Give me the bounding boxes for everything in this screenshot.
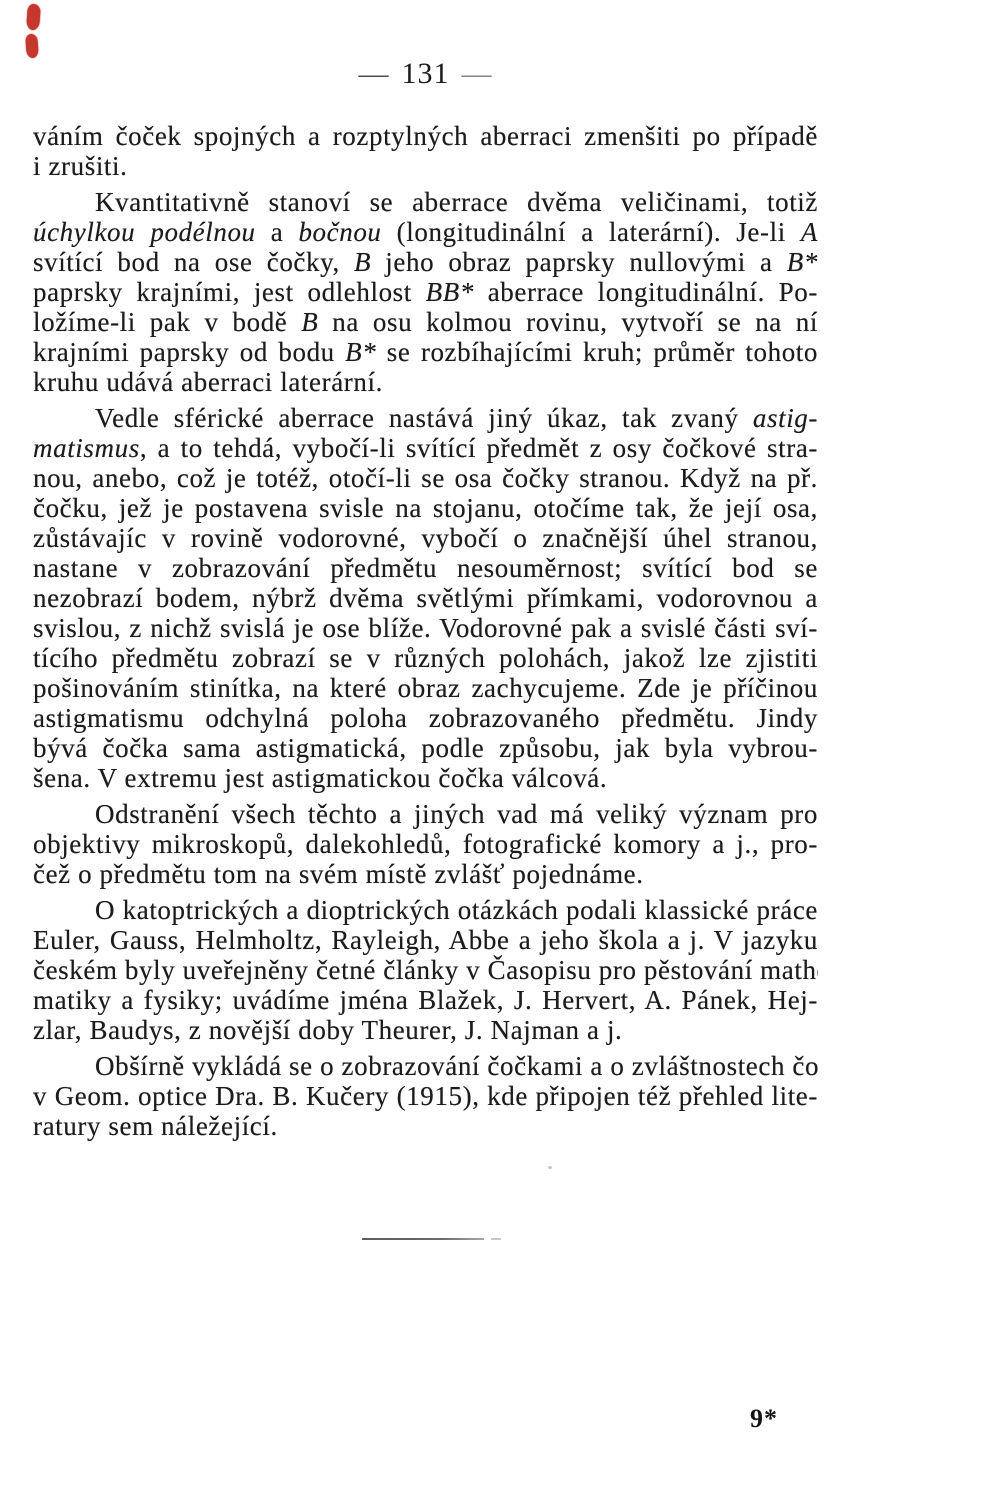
text-line: svislou, z nichž svislá je ose blíže. Vo… — [33, 613, 818, 643]
text-segment: objektivy mikroskopů, dalekohledů, fotog… — [33, 829, 818, 859]
paragraph: O katoptrických a dioptrických otázkách … — [33, 895, 818, 1045]
page-number-dash-left: — — [359, 57, 390, 90]
emphasized-text: B* — [787, 247, 818, 277]
text-segment: Obšírně vykládá se o zobrazování čočkami… — [95, 1051, 818, 1081]
text-segment: Odstranění všech těchto a jiných vad má … — [95, 799, 818, 829]
text-segment: aberrace longitudinální. Po- — [474, 277, 818, 307]
text-segment: šena. V extremu jest astigmatickou čočka… — [33, 763, 607, 793]
text-line: ložíme-li pak v bodě B na osu kolmou rov… — [33, 307, 818, 337]
text-segment: váním čoček spojných a rozptylných aberr… — [33, 121, 818, 151]
text-segment: pošinováním stinítka, na které obraz zac… — [33, 673, 818, 703]
text-line: Kvantitativně stanoví se aberrace dvěma … — [33, 187, 818, 217]
text-segment: nou, anebo, což je totéž, otočí-li se os… — [33, 463, 818, 493]
text-segment: ratury sem náležející. — [33, 1111, 278, 1141]
text-line: v Geom. optice Dra. B. Kučery (1915), kd… — [33, 1081, 818, 1111]
text-line: Obšírně vykládá se o zobrazování čočkami… — [33, 1051, 818, 1081]
text-line: zůstávajíc v rovině vodorovné, vybočí o … — [33, 523, 818, 553]
text-segment: krajními paprsky od bodu — [33, 337, 345, 367]
text-line: českém byly uveřejněny četné články v Ča… — [33, 955, 818, 985]
text-line: astigmatismu odchylná poloha zobrazované… — [33, 703, 818, 733]
emphasized-text: A — [801, 217, 818, 247]
text-segment: tícího předmětu zobrazí se v různých pol… — [33, 643, 818, 673]
text-line: čočku, jež je postavena svisle na stojan… — [33, 493, 818, 523]
emphasized-text: matismus — [33, 433, 140, 463]
text-line: úchylkou podélnou a bočnou (longitudinál… — [33, 217, 818, 247]
text-line: Odstranění všech těchto a jiných vad má … — [33, 799, 818, 829]
text-segment: ložíme-li pak v bodě — [33, 307, 301, 337]
text-segment: se rozbíhajícími kruh; průměr tohoto — [376, 337, 818, 367]
text-segment: v Geom. optice Dra. B. Kučery (1915), kd… — [33, 1081, 818, 1111]
text-segment: Kvantitativně stanoví se aberrace dvěma … — [95, 187, 818, 217]
text-line: pošinováním stinítka, na které obraz zac… — [33, 673, 818, 703]
text-line: šena. V extremu jest astigmatickou čočka… — [33, 763, 818, 793]
red-ink-mark — [26, 4, 41, 31]
text-segment: českém byly uveřejněny četné články v Ča… — [33, 955, 818, 985]
text-line: matismus, a to tehdá, vybočí-li svítící … — [33, 433, 818, 463]
text-line: nezobrazí bodem, nýbrž dvěma světlými př… — [33, 583, 818, 613]
emphasized-text: BB* — [426, 277, 474, 307]
emphasized-text: B — [354, 247, 371, 277]
text-line: bývá čočka sama astigmatická, podle způs… — [33, 733, 818, 763]
text-segment: nezobrazí bodem, nýbrž dvěma světlými př… — [33, 583, 818, 613]
text-segment: paprsky krajními, jest odlehlost — [33, 277, 426, 307]
paragraph: Odstranění všech těchto a jiných vad má … — [33, 799, 818, 889]
text-segment: kruhu udává aberraci laterární. — [33, 367, 383, 397]
text-line: nou, anebo, což je totéž, otočí-li se os… — [33, 463, 818, 493]
text-line: matiky a fysiky; uvádíme jména Blažek, J… — [33, 985, 818, 1015]
text-line: i zrušiti. — [33, 151, 818, 181]
text-segment: O katoptrických a dioptrických otázkách … — [95, 895, 818, 925]
page-number: —131— — [33, 57, 818, 91]
text-line: svítící bod na ose čočky, B jeho obraz p… — [33, 247, 818, 277]
emphasized-text: B — [301, 307, 318, 337]
text-segment: zůstávajíc v rovině vodorovné, vybočí o … — [33, 523, 818, 553]
text-segment: Euler, Gauss, Helmholtz, Rayleigh, Abbe … — [33, 925, 818, 955]
text-line: zlar, Baudys, z novější doby Theurer, J.… — [33, 1015, 818, 1045]
emphasized-text: bočnou — [298, 217, 381, 247]
text-segment: astigmatismu odchylná poloha zobrazované… — [33, 703, 818, 733]
emphasized-text: astig- — [753, 403, 818, 433]
page-number-dash-right: — — [462, 57, 493, 90]
red-ink-mark — [25, 34, 39, 59]
text-line: kruhu udává aberraci laterární. — [33, 367, 818, 397]
text-line: objektivy mikroskopů, dalekohledů, fotog… — [33, 829, 818, 859]
paragraph: váním čoček spojných a rozptylných aberr… — [33, 121, 818, 181]
text-segment: svislou, z nichž svislá je ose blíže. Vo… — [33, 613, 818, 643]
text-segment: bývá čočka sama astigmatická, podle způs… — [33, 733, 818, 763]
text-segment: čež o předmětu tom na svém místě zvlášť … — [33, 859, 644, 889]
paragraph: Obšírně vykládá se o zobrazování čočkami… — [33, 1051, 818, 1141]
section-divider — [362, 1238, 484, 1240]
text-segment: svítící bod na ose čočky, — [33, 247, 354, 277]
text-segment: i zrušiti. — [33, 151, 128, 181]
text-line: paprsky krajními, jest odlehlost BB* abe… — [33, 277, 818, 307]
text-line: Vedle sférické aberrace nastává jiný úka… — [33, 403, 818, 433]
dust-speck — [548, 1166, 552, 1169]
paragraph: Kvantitativně stanoví se aberrace dvěma … — [33, 187, 818, 397]
printers-signature: 9* — [750, 1404, 778, 1434]
text-line: ratury sem náležející. — [33, 1111, 818, 1141]
emphasized-text: B* — [345, 337, 376, 367]
text-segment: jeho obraz paprsky nullovými a — [371, 247, 787, 277]
text-segment: na osu kolmou rovinu, vytvoří se na ní — [318, 307, 818, 337]
text-line: O katoptrických a dioptrických otázkách … — [33, 895, 818, 925]
text-line: tícího předmětu zobrazí se v různých pol… — [33, 643, 818, 673]
emphasized-text: úchylkou podélnou — [33, 217, 256, 247]
text-line: váním čoček spojných a rozptylných aberr… — [33, 121, 818, 151]
text-block: váním čoček spojných a rozptylných aberr… — [33, 121, 818, 1141]
text-segment: čočku, jež je postavena svisle na stojan… — [33, 493, 818, 523]
text-segment: a — [256, 217, 299, 247]
paragraph: Vedle sférické aberrace nastává jiný úka… — [33, 403, 818, 793]
text-line: Euler, Gauss, Helmholtz, Rayleigh, Abbe … — [33, 925, 818, 955]
text-line: krajními paprsky od bodu B* se rozbíhají… — [33, 337, 818, 367]
book-page: —131— váním čoček spojných a rozptylných… — [0, 0, 1000, 1502]
text-segment: zlar, Baudys, z novější doby Theurer, J.… — [33, 1015, 622, 1045]
text-segment: Vedle sférické aberrace nastává jiný úka… — [95, 403, 753, 433]
text-segment: nastane v zobrazování předmětu nesouměrn… — [33, 553, 818, 583]
text-segment: , a to tehdá, vybočí-li svítící předmět … — [140, 433, 818, 463]
text-line: nastane v zobrazování předmětu nesouměrn… — [33, 553, 818, 583]
page-number-value: 131 — [402, 57, 450, 90]
text-line: čež o předmětu tom na svém místě zvlášť … — [33, 859, 818, 889]
text-segment: (longitudinální a laterární). Je-li — [382, 217, 801, 247]
text-segment: matiky a fysiky; uvádíme jména Blažek, J… — [33, 985, 818, 1015]
